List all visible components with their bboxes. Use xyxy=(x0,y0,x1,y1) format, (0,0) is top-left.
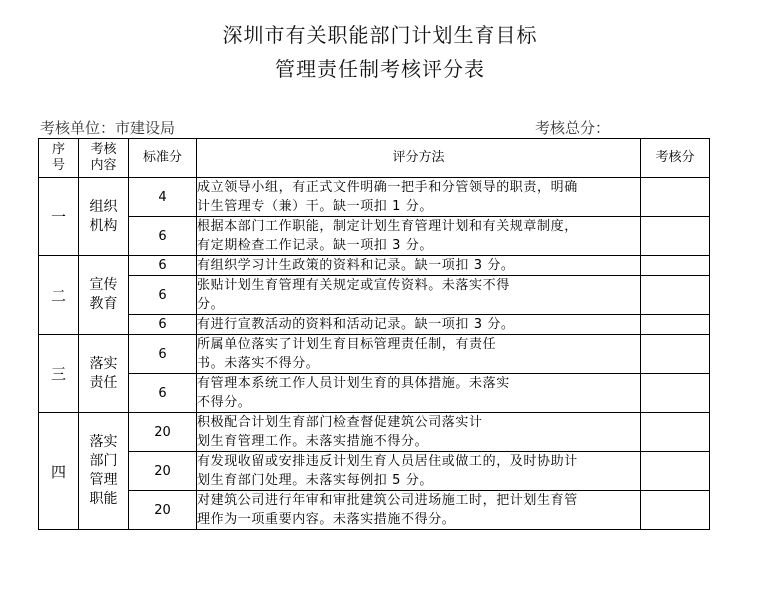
header-method: 评分方法 xyxy=(197,139,641,178)
assessed-unit-label: 考核单位：市建设局 xyxy=(40,117,175,138)
method-line: 根据本部门工作职能，制定计划生育管理计划和有关规章制度， xyxy=(197,217,640,236)
scoring-method: 所属单位落实了计划生育目标管理责任制，有责任 书。未落实不得分。 xyxy=(197,335,641,374)
assessed-score-cell[interactable] xyxy=(641,335,710,374)
table-header-row: 序 号 考核 内容 标准分 评分方法 考核分 xyxy=(39,139,710,178)
group-content-line: 落实 xyxy=(79,355,128,374)
scoring-method: 对建筑公司进行年审和审批建筑公司进场施工时，把计划生育管 理作为一项重要内容。未… xyxy=(197,491,641,530)
standard-score: 20 xyxy=(129,491,197,530)
document-title-line-1: 深圳市有关职能部门计划生育目标 xyxy=(0,19,760,48)
scoring-method: 有发现收留或安排违反计划生育人员居住或做工的，及时协助计 划生育部门处理。未落实… xyxy=(197,452,641,491)
group-content: 宣传 教育 xyxy=(79,256,129,335)
method-line: 所属单位落实了计划生育目标管理责任制，有责任 xyxy=(197,335,640,354)
table-row: 6 有进行宣教活动的资料和活动记录。缺一项扣 3 分。 xyxy=(39,315,710,335)
document-title-line-2: 管理责任制考核评分表 xyxy=(0,53,760,82)
group-content-line: 职能 xyxy=(79,490,128,509)
standard-score: 6 xyxy=(129,315,197,335)
standard-score: 20 xyxy=(129,452,197,491)
method-line: 计生管理专（兼）干。缺一项扣 1 分。 xyxy=(197,197,640,216)
group-content-line: 落实 xyxy=(79,433,128,452)
group-content: 落实 责任 xyxy=(79,335,129,413)
header-no: 序 号 xyxy=(39,139,79,178)
standard-score: 6 xyxy=(129,276,197,315)
header-no-line-2: 号 xyxy=(39,158,78,174)
method-line: 有组织学习计生政策的资料和记录。缺一项扣 3 分。 xyxy=(197,256,640,275)
group-content-line: 部门 xyxy=(79,452,128,471)
header-content-line-2: 内容 xyxy=(79,158,128,174)
scoring-method: 积极配合计划生育部门检查督促建筑公司落实计 划生育管理工作。未落实措施不得分。 xyxy=(197,413,641,452)
standard-score: 6 xyxy=(129,335,197,374)
table-row: 三 落实 责任 6 所属单位落实了计划生育目标管理责任制，有责任 书。未落实不得… xyxy=(39,335,710,374)
group-content-line: 机构 xyxy=(79,217,128,236)
header-no-line-1: 序 xyxy=(39,142,78,158)
table-row: 6 张贴计划生育管理有关规定或宣传资料。未落实不得 分。 xyxy=(39,276,710,315)
method-line: 成立领导小组，有正式文件明确一把手和分管领导的职责，明确 xyxy=(197,178,640,197)
method-line: 划生育管理工作。未落实措施不得分。 xyxy=(197,432,640,451)
table-row: 四 落实 部门 管理 职能 20 积极配合计划生育部门检查督促建筑公司落实计 划… xyxy=(39,413,710,452)
assessed-score-cell[interactable] xyxy=(641,413,710,452)
method-line: 有发现收留或安排违反计划生育人员居住或做工的，及时协助计 xyxy=(197,452,640,471)
method-line: 积极配合计划生育部门检查督促建筑公司落实计 xyxy=(197,413,640,432)
method-line: 有定期检查工作记录。缺一项扣 3 分。 xyxy=(197,236,640,255)
assessed-score-cell[interactable] xyxy=(641,217,710,256)
table-row: 6 根据本部门工作职能，制定计划生育管理计划和有关规章制度， 有定期检查工作记录… xyxy=(39,217,710,256)
method-line: 有进行宣教活动的资料和活动记录。缺一项扣 3 分。 xyxy=(197,315,640,334)
assessed-score-cell[interactable] xyxy=(641,452,710,491)
scoring-table: 序 号 考核 内容 标准分 评分方法 考核分 一 组织 机构 4 成立领导小组，… xyxy=(38,138,710,530)
assessed-score-cell[interactable] xyxy=(641,374,710,413)
standard-score: 20 xyxy=(129,413,197,452)
group-content-line: 管理 xyxy=(79,471,128,490)
standard-score: 6 xyxy=(129,217,197,256)
assessed-score-cell[interactable] xyxy=(641,178,710,217)
table-row: 20 对建筑公司进行年审和审批建筑公司进场施工时，把计划生育管 理作为一项重要内… xyxy=(39,491,710,530)
group-number: 四 xyxy=(39,413,79,530)
assessed-score-cell[interactable] xyxy=(641,315,710,335)
header-score: 考核分 xyxy=(641,139,710,178)
scoring-method: 有管理本系统工作人员计划生育的具体措施。未落实 不得分。 xyxy=(197,374,641,413)
method-line: 张贴计划生育管理有关规定或宣传资料。未落实不得 xyxy=(197,276,640,295)
method-line: 理作为一项重要内容。未落实措施不得分。 xyxy=(197,510,640,529)
group-content-line: 责任 xyxy=(79,374,128,393)
group-content: 落实 部门 管理 职能 xyxy=(79,413,129,530)
group-content: 组织 机构 xyxy=(79,178,129,256)
method-line: 分。 xyxy=(197,295,640,314)
group-number: 二 xyxy=(39,256,79,335)
group-number: 一 xyxy=(39,178,79,256)
method-line: 对建筑公司进行年审和审批建筑公司进场施工时，把计划生育管 xyxy=(197,491,640,510)
scoring-method: 张贴计划生育管理有关规定或宣传资料。未落实不得 分。 xyxy=(197,276,641,315)
method-line: 有管理本系统工作人员计划生育的具体措施。未落实 xyxy=(197,374,640,393)
header-content: 考核 内容 xyxy=(79,139,129,178)
assessed-score-cell[interactable] xyxy=(641,276,710,315)
standard-score: 6 xyxy=(129,256,197,276)
group-content-line: 组织 xyxy=(79,198,128,217)
table-row: 一 组织 机构 4 成立领导小组，有正式文件明确一把手和分管领导的职责，明确 计… xyxy=(39,178,710,217)
group-content-line: 宣传 xyxy=(79,276,128,295)
group-number: 三 xyxy=(39,335,79,413)
assessed-score-cell[interactable] xyxy=(641,491,710,530)
scoring-method: 有组织学习计生政策的资料和记录。缺一项扣 3 分。 xyxy=(197,256,641,276)
method-line: 书。未落实不得分。 xyxy=(197,354,640,373)
standard-score: 4 xyxy=(129,178,197,217)
assessed-score-cell[interactable] xyxy=(641,256,710,276)
method-line: 划生育部门处理。未落实每例扣 5 分。 xyxy=(197,471,640,490)
scoring-method: 成立领导小组，有正式文件明确一把手和分管领导的职责，明确 计生管理专（兼）干。缺… xyxy=(197,178,641,217)
standard-score: 6 xyxy=(129,374,197,413)
table-row: 6 有管理本系统工作人员计划生育的具体措施。未落实 不得分。 xyxy=(39,374,710,413)
header-standard: 标准分 xyxy=(129,139,197,178)
total-score-label: 考核总分： xyxy=(535,117,610,138)
table-row: 20 有发现收留或安排违反计划生育人员居住或做工的，及时协助计 划生育部门处理。… xyxy=(39,452,710,491)
method-line: 不得分。 xyxy=(197,393,640,412)
scoring-method: 根据本部门工作职能，制定计划生育管理计划和有关规章制度， 有定期检查工作记录。缺… xyxy=(197,217,641,256)
scoring-method: 有进行宣教活动的资料和活动记录。缺一项扣 3 分。 xyxy=(197,315,641,335)
group-content-line: 教育 xyxy=(79,295,128,314)
table-row: 二 宣传 教育 6 有组织学习计生政策的资料和记录。缺一项扣 3 分。 xyxy=(39,256,710,276)
header-content-line-1: 考核 xyxy=(79,142,128,158)
